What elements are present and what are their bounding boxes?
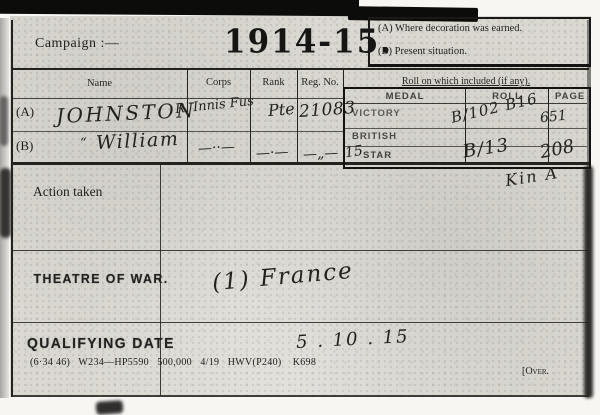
row-b-label: (B) bbox=[16, 138, 33, 154]
regno-ditto-dash: —„— bbox=[303, 145, 339, 163]
col-header-corps: Corps bbox=[187, 77, 250, 88]
theatre-bottom-line bbox=[11, 322, 589, 323]
medal-star-prefix-handwriting: 15 bbox=[344, 143, 364, 161]
name-b-handwriting: William bbox=[95, 128, 179, 154]
qualifying-date-label: QUALIFYING DATE bbox=[27, 335, 175, 352]
col-header-name: Name bbox=[12, 78, 187, 89]
card-border-bottom bbox=[11, 395, 589, 397]
rank-handwriting: Pte bbox=[267, 99, 295, 120]
over-note: [Over. bbox=[522, 366, 549, 377]
campaign-label: Campaign :— bbox=[35, 36, 119, 52]
roll-group-header: Roll on which included (if any). bbox=[345, 76, 587, 87]
medal-index-card-scan: Campaign :— 1914-15. (A) Where decoratio… bbox=[0, 0, 600, 415]
col-header-regno: Reg. No. bbox=[297, 77, 343, 88]
page-col-header: PAGE bbox=[550, 91, 595, 102]
legend-line-b: (B) Present situation. bbox=[378, 46, 467, 57]
corps-ditto-dash: —··— bbox=[198, 139, 236, 157]
medal-row-line-1 bbox=[345, 128, 587, 129]
rank-ditto-dash: —·— bbox=[256, 144, 289, 162]
col-header-rank: Rank bbox=[250, 77, 297, 88]
victory-page-handwriting: 651 bbox=[539, 108, 567, 127]
medal-star-label: STAR bbox=[363, 150, 392, 161]
col-line-roll bbox=[343, 68, 344, 88]
action-bottom-line bbox=[11, 250, 589, 251]
table-top-line bbox=[11, 68, 589, 70]
medal-british-label: BRITISH bbox=[352, 131, 397, 142]
regno-handwriting: 21083 bbox=[298, 98, 356, 122]
scan-smudge bbox=[0, 96, 8, 146]
ditto-mark: “ bbox=[80, 136, 87, 151]
scan-artifact-band bbox=[0, 0, 100, 13]
card-border-left bbox=[11, 20, 13, 397]
medal-victory-label: VICTORY bbox=[352, 108, 401, 119]
scan-smudge bbox=[0, 168, 11, 238]
printer-code: (6·34 46) W234—HP5590 500,000 4/19 HWV(P… bbox=[30, 357, 316, 368]
medal-col-header: MEDAL bbox=[345, 91, 465, 102]
row-a-label: (A) bbox=[16, 104, 34, 120]
action-taken-label: Action taken bbox=[33, 184, 102, 200]
legend-line-a: (A) Where decoration was earned. bbox=[378, 23, 522, 34]
scan-edge-streak bbox=[584, 166, 593, 398]
scan-smudge bbox=[96, 400, 124, 415]
medal-header-underline bbox=[345, 103, 587, 104]
theatre-of-war-label: THEATRE OF WAR. bbox=[34, 271, 169, 286]
